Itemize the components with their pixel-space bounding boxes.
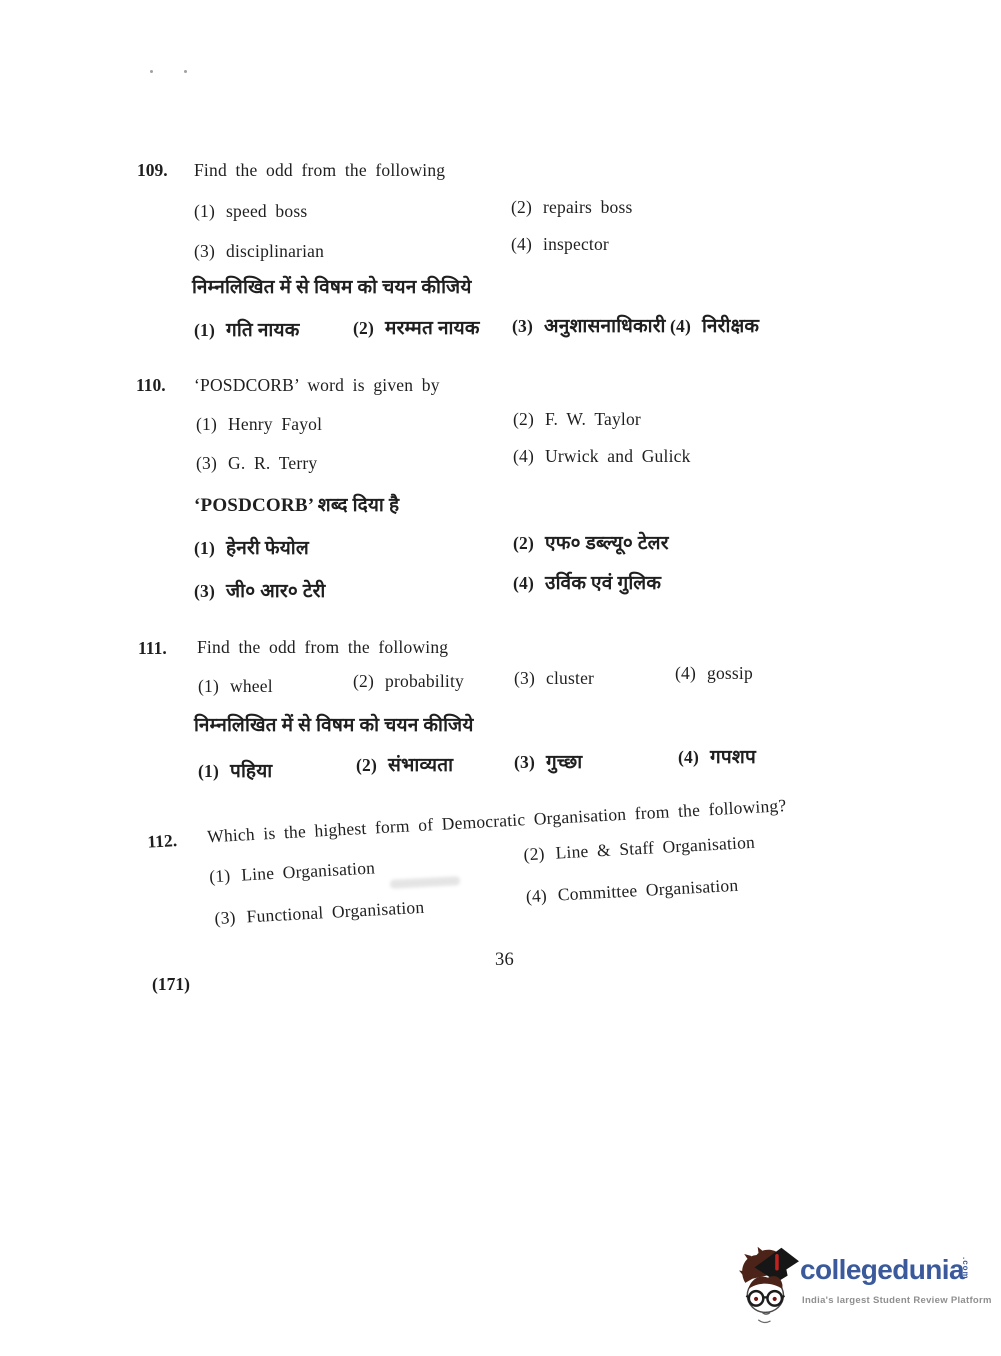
option-label: wheel: [230, 676, 273, 697]
option-label: G. R. Terry: [228, 453, 317, 474]
option-label: जी० आर० टेरी: [226, 577, 326, 603]
option-label: गति नायक: [226, 316, 299, 342]
option-number: (3): [196, 453, 217, 474]
option-label: निरीक्षक: [702, 312, 759, 338]
option-label: Urwick and Gulick: [545, 446, 691, 467]
option-label: cluster: [546, 668, 594, 689]
question-109-option-en-2: (2) repairs boss: [511, 197, 633, 218]
option-number: (2): [523, 843, 545, 865]
booklet-code: (171): [152, 974, 190, 995]
option-label: अनुशासनाधिकारी: [544, 312, 666, 338]
option-number: (3): [214, 907, 236, 929]
option-label: gossip: [707, 663, 753, 684]
question-112-option-en-1: (1) Line Organisation: [209, 857, 376, 887]
collegedunia-tld: .com: [961, 1257, 970, 1280]
option-number: (1): [196, 414, 217, 435]
question-111-option-hi-2: (2) संभाव्यता: [356, 751, 453, 777]
page-number: 36: [495, 950, 514, 971]
question-110-option-en-4: (4) Urwick and Gulick: [513, 446, 691, 467]
option-label: गुच्छा: [546, 748, 582, 774]
option-number: (4): [525, 885, 547, 907]
option-number: (1): [209, 865, 231, 887]
option-number: (4): [513, 446, 534, 467]
option-label: Henry Fayol: [228, 414, 322, 435]
question-111-option-en-2: (2) probability: [353, 671, 464, 692]
option-label: एफ० डब्ल्यू० टेलर: [545, 529, 669, 555]
question-110-option-hi-1: (1) हेनरी फेयोल: [194, 534, 309, 560]
option-label: मरम्मत नायक: [385, 314, 480, 340]
option-number: (2): [511, 197, 532, 218]
option-label: Line Organisation: [241, 857, 376, 885]
question-109-option-en-1: (1) speed boss: [194, 201, 307, 222]
option-number: (2): [353, 318, 374, 339]
question-110-text-hi: ‘POSDCORB’ शब्द दिया है: [194, 491, 399, 517]
option-number: (2): [513, 409, 534, 430]
option-label: संभाव्यता: [388, 751, 453, 777]
option-label: disciplinarian: [226, 241, 324, 262]
option-number: (2): [356, 755, 377, 776]
question-112-block: 112. Which is the highest form of Democr…: [140, 756, 926, 938]
question-109-option-hi-1: (1) गति नायक: [194, 316, 300, 342]
option-label: speed boss: [226, 201, 307, 222]
question-109-text-en: Find the odd from the following: [194, 160, 445, 181]
option-number: (3): [194, 241, 215, 262]
question-110-option-hi-4: (4) उर्विक एवं गुलिक: [513, 569, 661, 595]
collegedunia-mascot-icon: [738, 1245, 800, 1327]
question-111-option-en-1: (1) wheel: [198, 676, 273, 697]
question-110-option-hi-3: (3) जी० आर० टेरी: [194, 577, 326, 603]
question-109-option-en-4: (4) inspector: [511, 234, 609, 255]
option-label: Line & Staff Organisation: [555, 832, 755, 864]
question-109-text-hi: निम्नलिखित में से विषम को चयन कीजिये: [192, 273, 472, 299]
option-number: (1): [198, 761, 219, 782]
option-number: (1): [198, 676, 219, 697]
question-111-option-en-4: (4) gossip: [675, 663, 753, 684]
collegedunia-wordmark: collegedunia: [800, 1254, 964, 1286]
option-label: probability: [385, 671, 464, 692]
option-number: (3): [512, 316, 533, 337]
scan-artifact-dot: [184, 70, 187, 73]
option-number: (4): [513, 573, 534, 594]
scanned-exam-page: { "page": { "number": "36", "booklet_cod…: [0, 0, 1001, 1356]
question-111-option-hi-3: (3) गुच्छा: [514, 748, 582, 774]
question-111-option-en-3: (3) cluster: [514, 668, 594, 689]
option-label: Functional Organisation: [246, 897, 425, 928]
option-label: हेनरी फेयोल: [226, 534, 309, 560]
question-110-text-en: ‘POSDCORB’ word is given by: [194, 375, 440, 396]
option-number: (1): [194, 538, 215, 559]
question-109-option-hi-3: (3) अनुशासनाधिकारी: [512, 312, 666, 338]
option-number: (1): [194, 320, 215, 341]
collegedunia-tagline: India's largest Student Review Platform: [802, 1295, 992, 1306]
question-110-option-hi-2: (2) एफ० डब्ल्यू० टेलर: [513, 529, 669, 555]
option-number: (4): [678, 747, 699, 768]
question-110-option-en-3: (3) G. R. Terry: [196, 453, 317, 474]
question-109-number: 109.: [137, 160, 168, 181]
option-number: (3): [514, 668, 535, 689]
question-112-option-en-2: (2) Line & Staff Organisation: [523, 832, 755, 865]
option-number: (4): [675, 663, 696, 684]
question-109-option-hi-4: (4) निरीक्षक: [670, 312, 759, 338]
option-label: repairs boss: [543, 197, 633, 218]
question-109-option-en-3: (3) disciplinarian: [194, 241, 324, 262]
option-number: (1): [194, 201, 215, 222]
option-label: F. W. Taylor: [545, 409, 641, 430]
option-label: पहिया: [230, 757, 272, 783]
question-111-option-hi-1: (1) पहिया: [198, 757, 272, 783]
question-111-number: 111.: [138, 638, 167, 659]
question-112-number: 112.: [147, 830, 178, 853]
option-number: (2): [353, 671, 374, 692]
question-110-option-en-2: (2) F. W. Taylor: [513, 409, 641, 430]
option-label: Committee Organisation: [557, 875, 738, 906]
question-112-option-en-3: (3) Functional Organisation: [214, 897, 425, 929]
option-number: (4): [511, 234, 532, 255]
option-number: (2): [513, 533, 534, 554]
question-111-text-hi: निम्नलिखित में से विषम को चयन कीजिये: [194, 711, 474, 737]
question-110-number: 110.: [136, 375, 166, 396]
scan-artifact-dot: [150, 70, 153, 73]
option-number: (4): [670, 316, 691, 337]
question-109-option-hi-2: (2) मरम्मत नायक: [353, 314, 480, 340]
question-111-text-en: Find the odd from the following: [197, 637, 448, 658]
option-number: (3): [514, 752, 535, 773]
collegedunia-logo: collegedunia .com India's largest Studen…: [738, 1243, 996, 1329]
option-number: (3): [194, 581, 215, 602]
option-label: inspector: [543, 234, 609, 255]
option-label: उर्विक एवं गुलिक: [545, 569, 661, 595]
question-112-option-en-4: (4) Committee Organisation: [525, 875, 738, 907]
question-110-option-en-1: (1) Henry Fayol: [196, 414, 322, 435]
